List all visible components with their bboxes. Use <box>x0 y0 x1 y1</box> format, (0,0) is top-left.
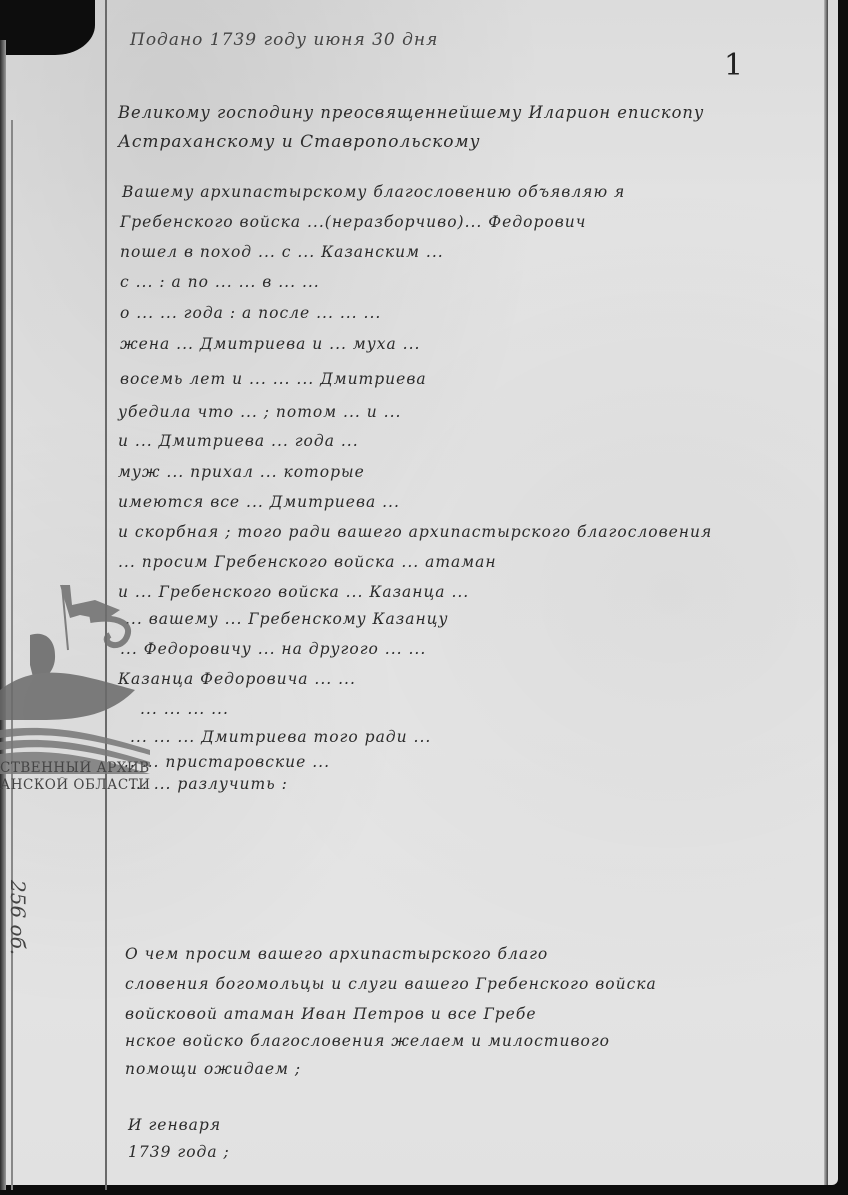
body-line: ... ... ... Дмитриева того ради ... <box>130 728 431 746</box>
closing-line: словения богомольцы и слуги вашего Гребе… <box>125 975 657 993</box>
body-line: пошел в поход ... с ... Казанским ... <box>120 243 444 261</box>
header-note: Подано 1739 году июня 30 дня <box>130 30 438 50</box>
body-line: муж ... прихал ... которые <box>118 463 365 481</box>
body-line: восемь лет и ... ... ... Дмитриева <box>120 370 427 388</box>
manuscript-page: Подано 1739 году июня 30 дня 1 Великому … <box>0 0 838 1185</box>
body-line: жена ... Дмитриева и ... муха ... <box>120 335 420 353</box>
watermark-text-line-2: АНСКОЙ ОБЛАСТИ <box>0 777 175 793</box>
body-line: Гребенского войска ...(неразборчиво)... … <box>120 213 586 231</box>
title-line: Великому господину преосвященнейшему Ила… <box>118 103 704 123</box>
date-line: И генваря <box>128 1116 221 1134</box>
body-line: с ... : а по ... ... в ... ... <box>120 273 320 291</box>
watermark-text-line-1: СТВЕННЫЙ АРХИВ <box>0 760 175 776</box>
closing-line: нское войско благословения желаем и мило… <box>125 1032 610 1050</box>
page-right-edge <box>824 0 828 1185</box>
torn-corner <box>0 0 95 55</box>
closing-line: войсковой атаман Иван Петров и все Гребе <box>125 1005 537 1023</box>
body-line: и ... Дмитриева ... года ... <box>118 432 359 450</box>
title-line: Астраханскому и Ставропольскому <box>118 132 480 152</box>
body-line: Вашему архипастырскому благословению объ… <box>122 183 625 201</box>
body-line: и скорбная ; того ради вашего архипастыр… <box>118 523 712 541</box>
date-line: 1739 года ; <box>128 1143 230 1161</box>
page-number: 1 <box>724 48 743 83</box>
body-line: имеются все ... Дмитриева ... <box>118 493 400 511</box>
closing-line: помощи ожидаем ; <box>125 1060 301 1078</box>
closing-line: О чем просим вашего архипастырского благ… <box>125 945 548 963</box>
body-line: ... просим Гребенского войска ... атаман <box>118 553 497 571</box>
body-line: о ... ... года : а после ... ... ... <box>120 304 381 322</box>
body-line: убедила что ... ; потом ... и ... <box>118 403 401 421</box>
archive-sheet-number: 256 об. <box>6 880 30 955</box>
